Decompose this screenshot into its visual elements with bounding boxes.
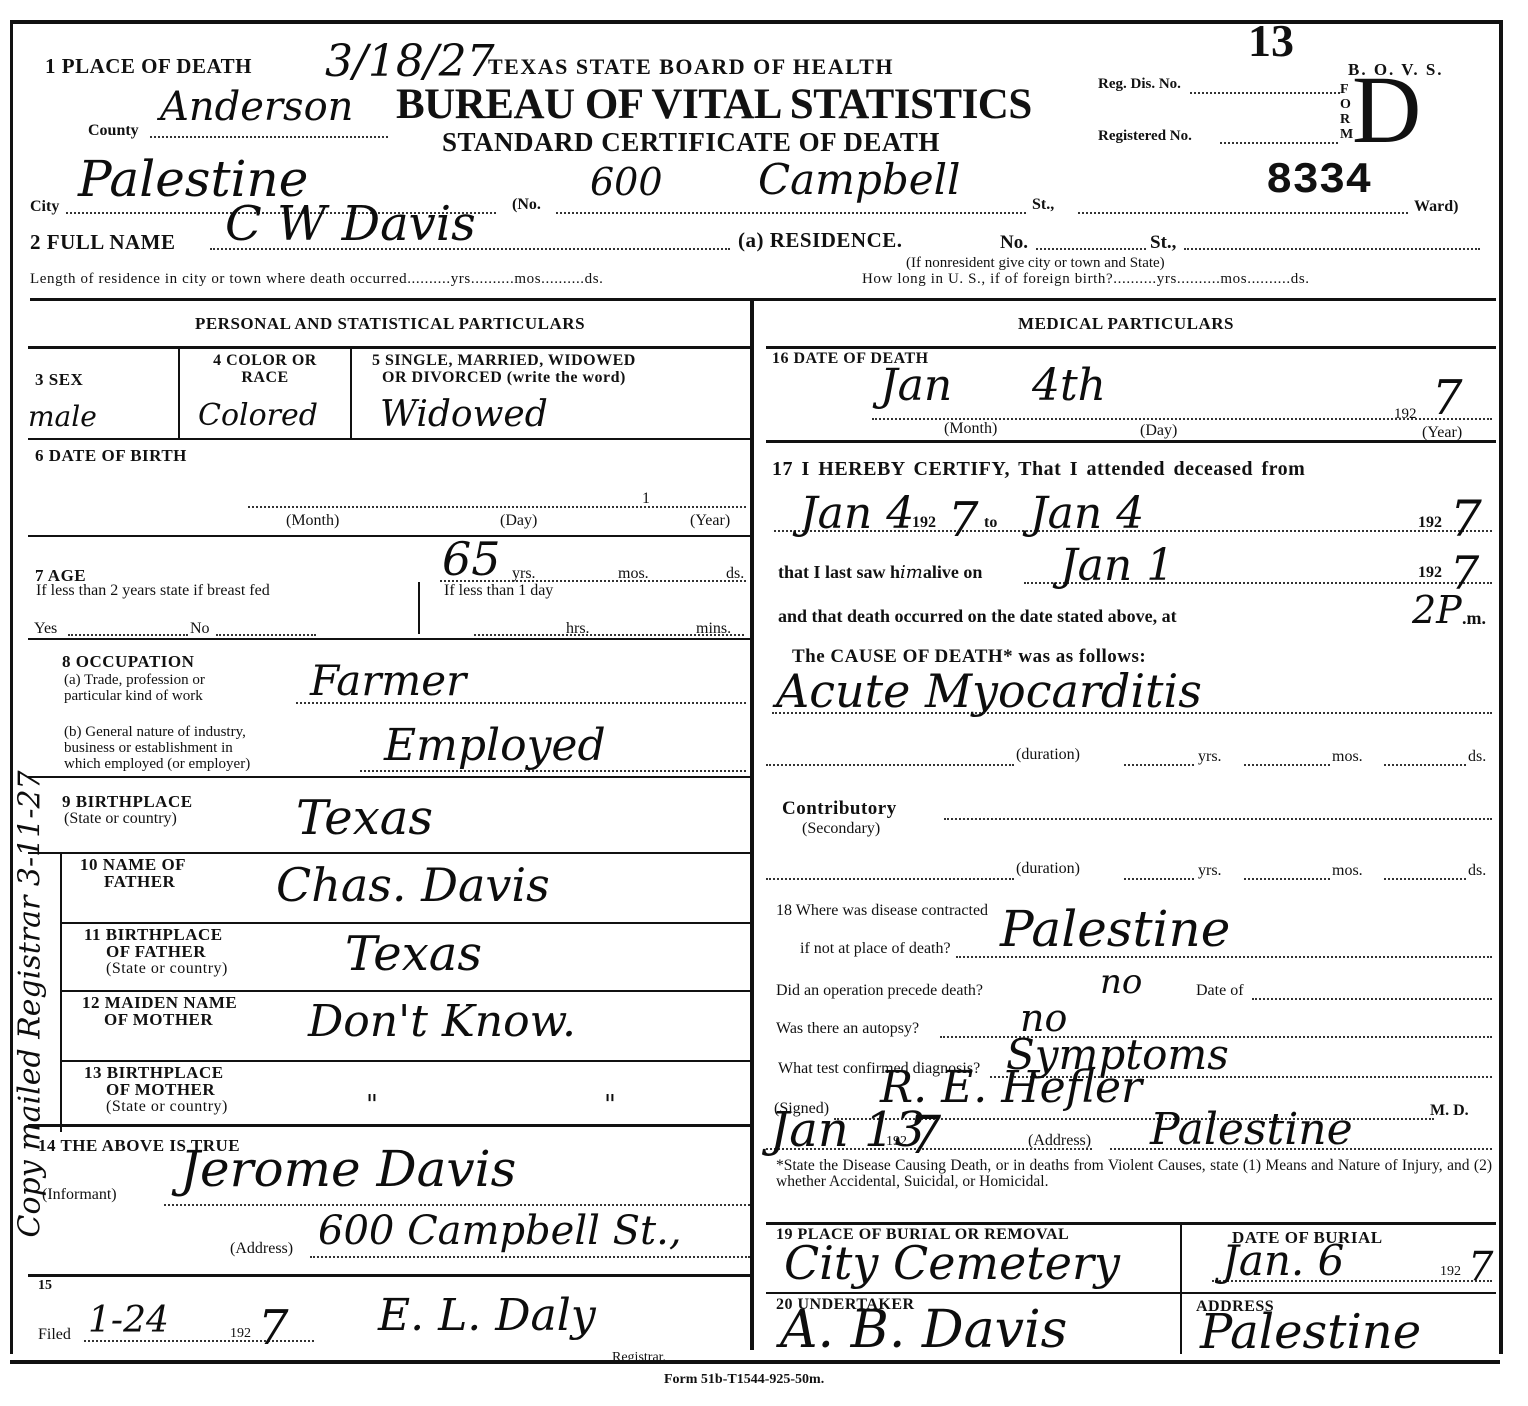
dob-label: 6 DATE OF BIRTH bbox=[35, 446, 187, 466]
mins-label: mins. bbox=[696, 620, 731, 638]
duration2-ds: ds. bbox=[1468, 862, 1486, 880]
to-year: 7 bbox=[1450, 490, 1482, 548]
occ-b-line1: (b) General nature of industry, bbox=[64, 724, 250, 740]
county-value: Anderson bbox=[160, 84, 353, 130]
occ-b-line3: which employed (or employer) bbox=[64, 756, 250, 772]
duration2-yrs-line bbox=[1124, 878, 1194, 880]
filed-number: 15 bbox=[38, 1278, 52, 1294]
residence-st-label: St., bbox=[1150, 232, 1176, 254]
reg-district-label: Reg. Dis. No. bbox=[1098, 76, 1181, 93]
row-divider bbox=[766, 1292, 1496, 1294]
duration-yrs-line bbox=[1124, 764, 1194, 766]
bureau-title: BUREAU OF VITAL STATISTICS bbox=[396, 80, 1032, 129]
last-saw-label: that I last saw himalive on bbox=[778, 562, 982, 583]
duration-mos: mos. bbox=[1332, 748, 1363, 766]
date-of-label: Date of bbox=[1196, 982, 1244, 1000]
alive-date: Jan 1 bbox=[1060, 540, 1174, 591]
row-divider bbox=[28, 776, 750, 778]
industry-value: Employed bbox=[384, 720, 606, 771]
col-divider bbox=[1180, 1224, 1182, 1354]
registered-number: 8334 bbox=[1266, 156, 1372, 206]
row-divider bbox=[766, 440, 1496, 443]
contributory-label: Contributory bbox=[782, 798, 897, 820]
birthplace-label: 9 BIRTHPLACE bbox=[62, 792, 193, 812]
mother-label-line1: 12 MAIDEN NAME bbox=[82, 994, 237, 1011]
informant-address-value: 600 Campbell St., bbox=[318, 1208, 682, 1254]
row-divider bbox=[28, 1274, 750, 1277]
physician-address-label: (Address) bbox=[1028, 1132, 1091, 1150]
informant-address-label: (Address) bbox=[230, 1240, 293, 1258]
father-bp-line3: (State or country) bbox=[84, 960, 228, 977]
form-letter-d: D bbox=[1352, 62, 1421, 158]
dod-day-label: (Day) bbox=[1140, 422, 1177, 440]
undertaker-address-value: Palestine bbox=[1200, 1304, 1421, 1360]
breast-fed-label: If less than 2 years state if breast fed bbox=[36, 582, 270, 600]
dod-year-prefix: 192 bbox=[1394, 406, 1417, 423]
state-board-title: TEXAS STATE BOARD OF HEALTH bbox=[488, 54, 894, 80]
marital-label-line1: 5 SINGLE, MARRIED, WIDOWED bbox=[372, 352, 636, 369]
duration-yrs: yrs. bbox=[1198, 748, 1222, 766]
marital-label-line2: OR DIVORCED (write the word) bbox=[372, 369, 636, 386]
to-label: to bbox=[984, 514, 997, 532]
father-birthplace-label: 11 BIRTHPLACE OF FATHER (State or countr… bbox=[84, 926, 228, 977]
race-label-line1: 4 COLOR OR bbox=[180, 352, 350, 369]
full-name-label: 2 FULL NAME bbox=[30, 230, 176, 255]
filed-label: Filed bbox=[38, 1326, 71, 1344]
from-year: 7 bbox=[948, 492, 979, 548]
father-birthplace-value: Texas bbox=[345, 926, 482, 982]
filed-year-prefix: 192 bbox=[230, 1326, 251, 1342]
reg-district-line bbox=[1190, 92, 1340, 94]
filed-date: 1-24 bbox=[88, 1300, 169, 1341]
father-label: 10 NAME OF FATHER bbox=[80, 856, 186, 890]
header-divider bbox=[30, 298, 1496, 301]
duration2-yrs: yrs. bbox=[1198, 862, 1222, 880]
yes-line bbox=[68, 634, 188, 636]
registrar-signature: E. L. Daly bbox=[378, 1290, 596, 1341]
father-bp-line1: 11 BIRTHPLACE bbox=[84, 926, 228, 943]
contracted-label: 18 Where was disease contracted bbox=[776, 902, 988, 920]
row-divider bbox=[28, 346, 750, 349]
certify-statement: 17 I HEREBY CERTIFY, That I attended dec… bbox=[772, 458, 1305, 481]
duration-ds: ds. bbox=[1468, 748, 1486, 766]
sex-value: male bbox=[28, 400, 97, 433]
duration-label: (duration) bbox=[1016, 746, 1080, 764]
cause-footnote: *State the Disease Causing Death, or in … bbox=[776, 1158, 1492, 1190]
secondary-label: (Secondary) bbox=[802, 820, 880, 838]
mother-birthplace-ditto-a: " bbox=[366, 1090, 378, 1120]
duration2-label: (duration) bbox=[1016, 860, 1080, 878]
residence-st-line bbox=[1184, 248, 1480, 250]
registered-line bbox=[1220, 142, 1338, 144]
occ-b-line2: business or establishment in bbox=[64, 740, 250, 756]
occupation-sub-a: (a) Trade, profession or particular kind… bbox=[64, 672, 205, 704]
row-divider bbox=[62, 922, 750, 924]
operation-label: Did an operation precede death? bbox=[776, 982, 983, 1000]
row-divider bbox=[62, 1060, 750, 1062]
birthplace-sub: (State or country) bbox=[64, 810, 177, 828]
dob-line bbox=[248, 506, 746, 508]
cause-value: Acute Myocarditis bbox=[776, 664, 1202, 718]
age-ds-label: ds. bbox=[726, 565, 744, 583]
col-divider bbox=[350, 348, 352, 438]
col-divider bbox=[418, 582, 420, 634]
row-divider bbox=[766, 1222, 1496, 1225]
parents-bracket bbox=[60, 854, 62, 1132]
cause-line2 bbox=[766, 764, 1014, 766]
row-divider bbox=[28, 438, 750, 440]
mother-birthplace-label: 13 BIRTHPLACE OF MOTHER (State or countr… bbox=[84, 1064, 228, 1115]
dob-month-label: (Month) bbox=[286, 512, 339, 530]
father-label-line2: FATHER bbox=[80, 873, 186, 890]
duration2-mos: mos. bbox=[1332, 862, 1363, 880]
informant-label: (Informant) bbox=[42, 1186, 117, 1204]
registered-label: Registered No. bbox=[1098, 128, 1192, 145]
residence-no-label: No. bbox=[1000, 232, 1028, 254]
marital-label: 5 SINGLE, MARRIED, WIDOWED OR DIVORCED (… bbox=[372, 352, 636, 386]
duration2-ds-line bbox=[1384, 878, 1466, 880]
mother-bp-line1: 13 BIRTHPLACE bbox=[84, 1064, 228, 1081]
residence-label: (a) RESIDENCE. bbox=[738, 228, 903, 253]
physician-address-value: Palestine bbox=[1150, 1104, 1353, 1155]
duration-ds-line bbox=[1384, 764, 1466, 766]
medical-section-title: MEDICAL PARTICULARS bbox=[756, 314, 1496, 334]
street-no-line bbox=[556, 212, 1026, 214]
burial-place-value: City Cemetery bbox=[784, 1236, 1120, 1290]
city-label: City bbox=[30, 198, 59, 216]
death-time: 2P bbox=[1412, 588, 1462, 632]
race-label-line2: RACE bbox=[180, 369, 350, 386]
length-of-residence: Length of residence in city or town wher… bbox=[30, 271, 604, 288]
alive-on-text: alive on bbox=[923, 562, 983, 582]
filed-year: 7 bbox=[258, 1300, 289, 1356]
alive-year-prefix: 192 bbox=[1418, 564, 1442, 582]
burial-year: 7 bbox=[1468, 1244, 1493, 1290]
race-value: Colored bbox=[198, 398, 318, 433]
duration2-mos-line bbox=[1244, 878, 1330, 880]
county-field-line bbox=[150, 136, 388, 138]
mother-label-line2: OF MOTHER bbox=[82, 1011, 237, 1028]
mother-bp-line3: (State or country) bbox=[84, 1098, 228, 1115]
certificate-title: STANDARD CERTIFICATE OF DEATH bbox=[442, 127, 940, 158]
birthplace-value: Texas bbox=[296, 790, 433, 846]
occupation-label: 8 OCCUPATION bbox=[62, 652, 194, 672]
ward-label: Ward) bbox=[1414, 198, 1458, 216]
marital-value: Widowed bbox=[380, 394, 548, 435]
bottom-border bbox=[10, 1360, 1500, 1364]
father-value: Chas. Davis bbox=[276, 858, 550, 912]
us-residence: How long in U. S., if of foreign birth?.… bbox=[862, 271, 1310, 288]
from-year-prefix: 192 bbox=[912, 514, 936, 532]
nonresident-note: (If nonresident give city or town and St… bbox=[906, 255, 1165, 272]
undertaker-value: A. B. Davis bbox=[780, 1300, 1067, 1360]
dod-month: Jan bbox=[880, 360, 952, 411]
county-label: County bbox=[88, 122, 139, 140]
street-name-value: Campbell bbox=[758, 155, 961, 204]
age-yrs-label: yrs. bbox=[512, 565, 536, 583]
last-saw-pronoun: im bbox=[900, 562, 923, 583]
row-divider bbox=[28, 852, 750, 854]
street-no-label: (No. bbox=[512, 196, 541, 214]
occ-a-line1: (a) Trade, profession or bbox=[64, 672, 205, 688]
mother-birthplace-ditto-b: " bbox=[604, 1090, 616, 1120]
mother-value: Don't Know. bbox=[308, 996, 576, 1047]
dob-day-label: (Day) bbox=[500, 512, 537, 530]
burial-date-value: Jan. 6 bbox=[1222, 1236, 1344, 1285]
personal-section-title: PERSONAL AND STATISTICAL PARTICULARS bbox=[30, 314, 750, 334]
death-time-suffix: .m. bbox=[1462, 608, 1486, 629]
date-of-line bbox=[1252, 998, 1492, 1000]
contributory-line bbox=[944, 818, 1492, 820]
ward-line bbox=[1078, 212, 1408, 214]
margin-note: Copy mailed Registrar 3-11-27 bbox=[13, 598, 48, 1238]
burial-year-prefix: 192 bbox=[1440, 1264, 1461, 1280]
dob-year-label: (Year) bbox=[690, 512, 730, 530]
contracted-value: Palestine bbox=[1000, 900, 1230, 958]
form-number: Form 51b-T1544-925-50m. bbox=[664, 1372, 824, 1388]
contracted-sub: if not at place of death? bbox=[800, 940, 951, 958]
contributory-line2 bbox=[766, 878, 1014, 880]
street-no-value: 600 bbox=[590, 160, 663, 204]
full-name-value: C W Davis bbox=[225, 196, 476, 252]
mother-bp-line2: OF MOTHER bbox=[84, 1081, 228, 1098]
autopsy-label: Was there an autopsy? bbox=[776, 1020, 919, 1038]
dod-day: 4th bbox=[1032, 360, 1106, 411]
no-line bbox=[216, 634, 316, 636]
md-label: M. D. bbox=[1430, 1102, 1469, 1120]
informant-signature: Jerome Davis bbox=[180, 1140, 516, 1198]
occupation-sub-b: (b) General nature of industry, business… bbox=[64, 724, 250, 772]
informant-line bbox=[164, 1204, 750, 1206]
row-divider bbox=[766, 346, 1496, 349]
center-divider bbox=[750, 300, 754, 1350]
reg-district-number: 13 bbox=[1248, 14, 1294, 67]
age-mos-label: mos. bbox=[618, 565, 649, 583]
dod-month-label: (Month) bbox=[944, 420, 997, 438]
row-divider bbox=[28, 638, 750, 640]
age-years-value: 65 bbox=[442, 532, 501, 586]
occ-a-line2: particular kind of work bbox=[64, 688, 205, 704]
attended-from-date: Jan 4 bbox=[800, 488, 914, 539]
death-occurred-label: and that death occurred on the date stat… bbox=[778, 606, 1177, 627]
signed-year-prefix: 192 bbox=[886, 1134, 907, 1150]
to-year-prefix: 192 bbox=[1418, 514, 1442, 532]
operation-value: no bbox=[1100, 962, 1142, 1002]
street-suffix-label: St., bbox=[1032, 196, 1054, 214]
row-divider bbox=[28, 535, 750, 537]
sex-label: 3 SEX bbox=[35, 370, 83, 390]
row-divider bbox=[28, 1124, 750, 1127]
informant-address-line bbox=[310, 1256, 750, 1258]
hrs-label: hrs. bbox=[566, 620, 590, 638]
duration-mos-line bbox=[1244, 764, 1330, 766]
father-bp-line2: OF FATHER bbox=[84, 943, 228, 960]
dob-year-prefix: 1 bbox=[642, 490, 650, 508]
father-label-line1: 10 NAME OF bbox=[80, 856, 186, 873]
row-divider bbox=[62, 990, 750, 992]
dod-year: 7 bbox=[1432, 370, 1463, 426]
residence-no-line bbox=[1036, 248, 1146, 250]
race-label: 4 COLOR OR RACE bbox=[180, 352, 350, 386]
last-saw-text: that I last saw h bbox=[778, 562, 900, 582]
less-day-label: If less than 1 day bbox=[444, 582, 553, 600]
mother-label: 12 MAIDEN NAME OF MOTHER bbox=[82, 994, 237, 1028]
no-label: No bbox=[190, 620, 210, 638]
place-of-death-label: 1 PLACE OF DEATH bbox=[45, 54, 252, 79]
attended-to-date: Jan 4 bbox=[1030, 488, 1144, 539]
occupation-value: Farmer bbox=[310, 656, 466, 705]
